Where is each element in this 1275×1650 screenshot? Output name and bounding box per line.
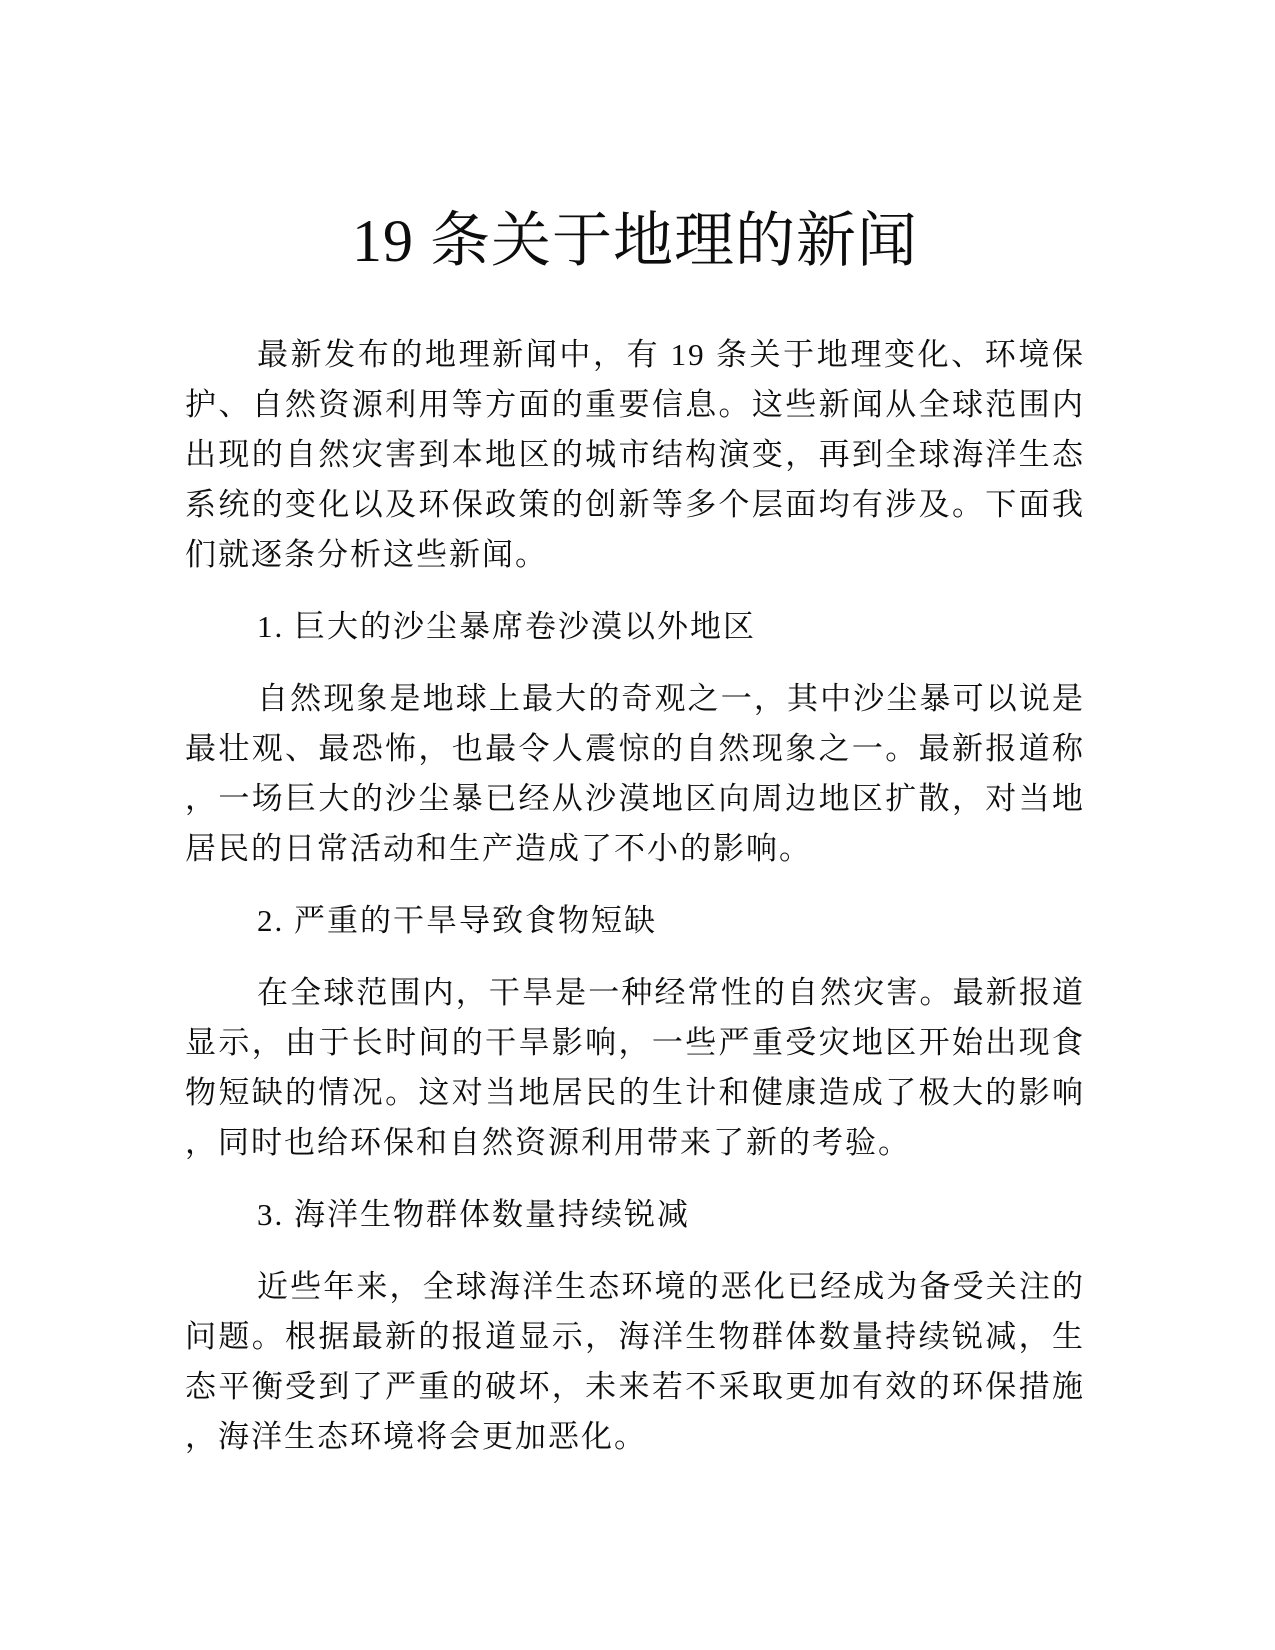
paragraph-line: 们就逐条分析这些新闻。 <box>185 530 1085 580</box>
document-page: 19 条关于地理的新闻 最新发布的地理新闻中，有 19 条关于地理变化、环境保护… <box>0 0 1275 1650</box>
paragraph-line: 态平衡受到了严重的破坏，未来若不采取更加有效的环保措施 <box>185 1362 1085 1412</box>
paragraph-line: 系统的变化以及环保政策的创新等多个层面均有涉及。下面我 <box>185 480 1085 530</box>
paragraph: 近些年来，全球海洋生态环境的恶化已经成为备受关注的问题。根据最新的报道显示，海洋… <box>185 1262 1085 1462</box>
paragraph-line: 显示，由于长时间的干旱影响，一些严重受灾地区开始出现食 <box>185 1018 1085 1068</box>
paragraph-line: 最壮观、最恐怖，也最令人震惊的自然现象之一。最新报道称 <box>185 724 1085 774</box>
paragraph-line: ，一场巨大的沙尘暴已经从沙漠地区向周边地区扩散，对当地 <box>185 774 1085 824</box>
paragraph-line: 在全球范围内，干旱是一种经常性的自然灾害。最新报道 <box>185 968 1085 1018</box>
paragraph: 最新发布的地理新闻中，有 19 条关于地理变化、环境保护、自然资源利用等方面的重… <box>185 330 1085 580</box>
paragraph-line: 护、自然资源利用等方面的重要信息。这些新闻从全球范围内 <box>185 380 1085 430</box>
paragraph: 自然现象是地球上最大的奇观之一，其中沙尘暴可以说是最壮观、最恐怖，也最令人震惊的… <box>185 674 1085 874</box>
paragraph-line: ，海洋生态环境将会更加恶化。 <box>185 1412 1085 1462</box>
document-title: 19 条关于地理的新闻 <box>185 208 1085 274</box>
item-heading: 2. 严重的干旱导致食物短缺 <box>185 896 1085 946</box>
paragraph-line: 居民的日常活动和生产造成了不小的影响。 <box>185 824 1085 874</box>
paragraph-line: 近些年来，全球海洋生态环境的恶化已经成为备受关注的 <box>185 1262 1085 1312</box>
paragraph-line: 最新发布的地理新闻中，有 19 条关于地理变化、环境保 <box>185 330 1085 380</box>
paragraph-line: 出现的自然灾害到本地区的城市结构演变，再到全球海洋生态 <box>185 430 1085 480</box>
paragraph-line: ，同时也给环保和自然资源利用带来了新的考验。 <box>185 1118 1085 1168</box>
paragraph-line: 问题。根据最新的报道显示，海洋生物群体数量持续锐减，生 <box>185 1312 1085 1362</box>
item-heading: 3. 海洋生物群体数量持续锐减 <box>185 1190 1085 1240</box>
paragraph: 在全球范围内，干旱是一种经常性的自然灾害。最新报道显示，由于长时间的干旱影响，一… <box>185 968 1085 1168</box>
paragraph-line: 物短缺的情况。这对当地居民的生计和健康造成了极大的影响 <box>185 1068 1085 1118</box>
paragraph-line: 自然现象是地球上最大的奇观之一，其中沙尘暴可以说是 <box>185 674 1085 724</box>
item-heading: 1. 巨大的沙尘暴席卷沙漠以外地区 <box>185 602 1085 652</box>
document-body: 最新发布的地理新闻中，有 19 条关于地理变化、环境保护、自然资源利用等方面的重… <box>185 330 1085 1462</box>
